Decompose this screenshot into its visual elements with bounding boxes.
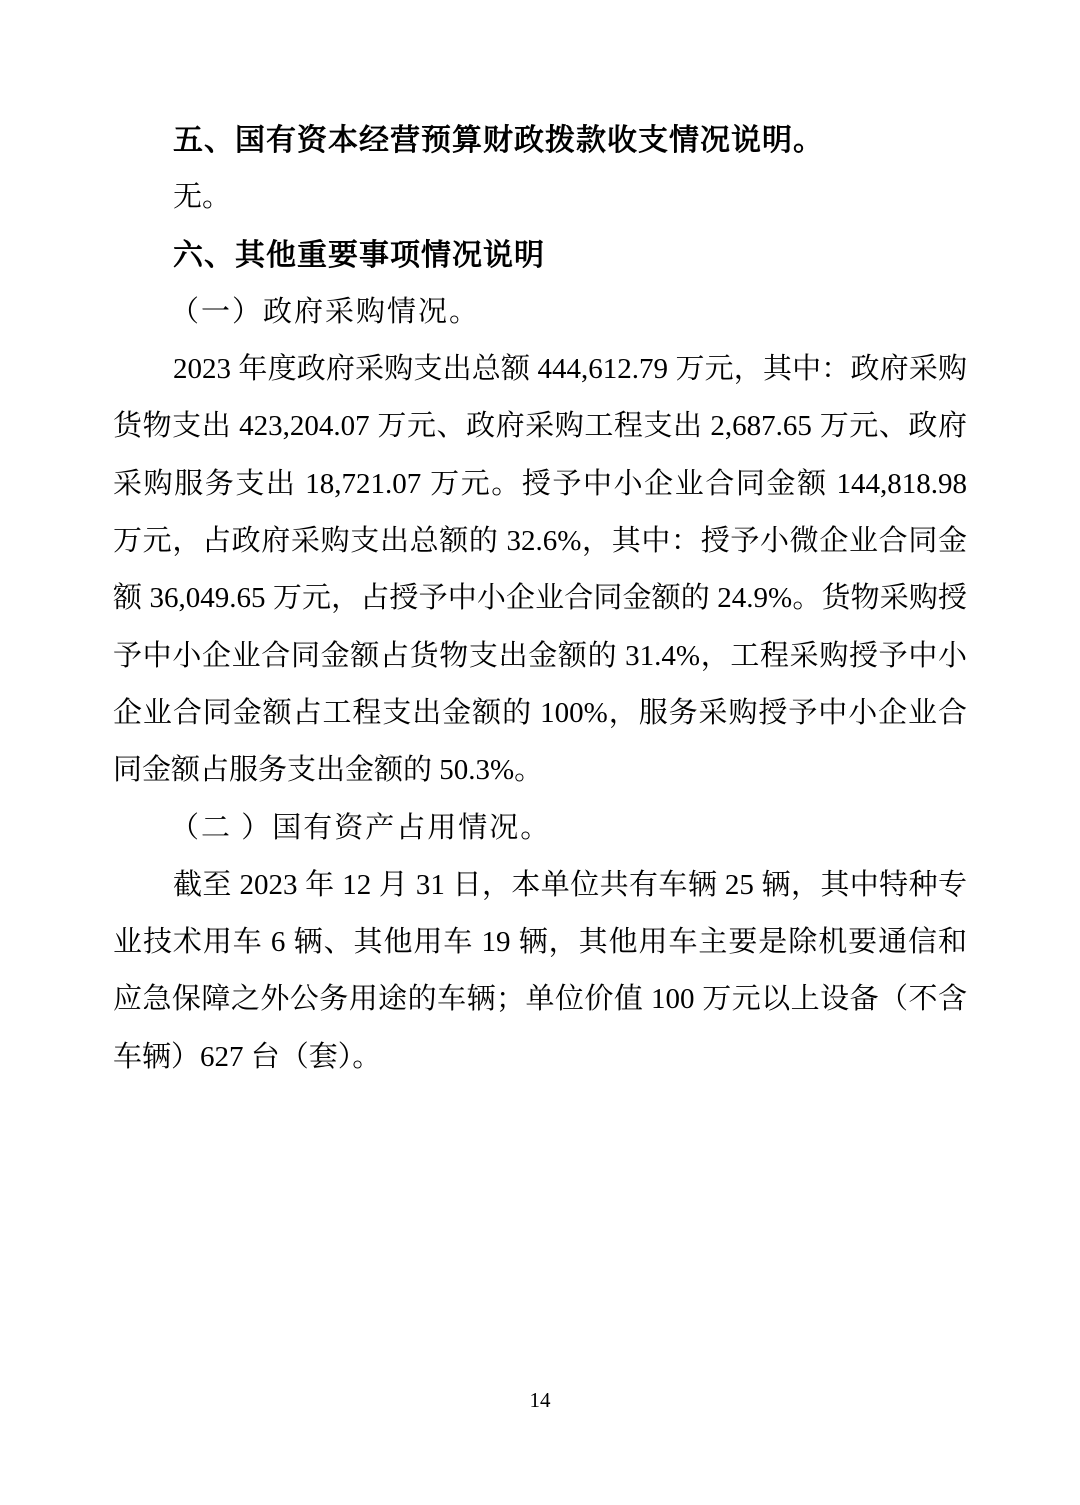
subsection-2-title: （二 ）国有资产占用情况。 <box>113 800 967 857</box>
document-page: 五、国有资本经营预算财政拨款收支情况说明。 无。 六、其他重要事项情况说明 （一… <box>0 0 1080 1505</box>
government-procurement-paragraph: 2023 年度政府采购支出总额 444,612.79 万元，其中：政府采购货物支… <box>113 341 967 799</box>
section-5-body-none: 无。 <box>113 169 967 226</box>
section-6-heading: 六、其他重要事项情况说明 <box>113 227 967 284</box>
section-5-heading: 五、国有资本经营预算财政拨款收支情况说明。 <box>113 112 967 169</box>
document-content: 五、国有资本经营预算财政拨款收支情况说明。 无。 六、其他重要事项情况说明 （一… <box>113 112 967 1086</box>
state-assets-paragraph: 截至 2023 年 12 月 31 日，本单位共有车辆 25 辆，其中特种专业技… <box>113 857 967 1086</box>
subsection-1-title: （一）政府采购情况。 <box>113 284 967 341</box>
page-number: 14 <box>0 1386 1080 1414</box>
